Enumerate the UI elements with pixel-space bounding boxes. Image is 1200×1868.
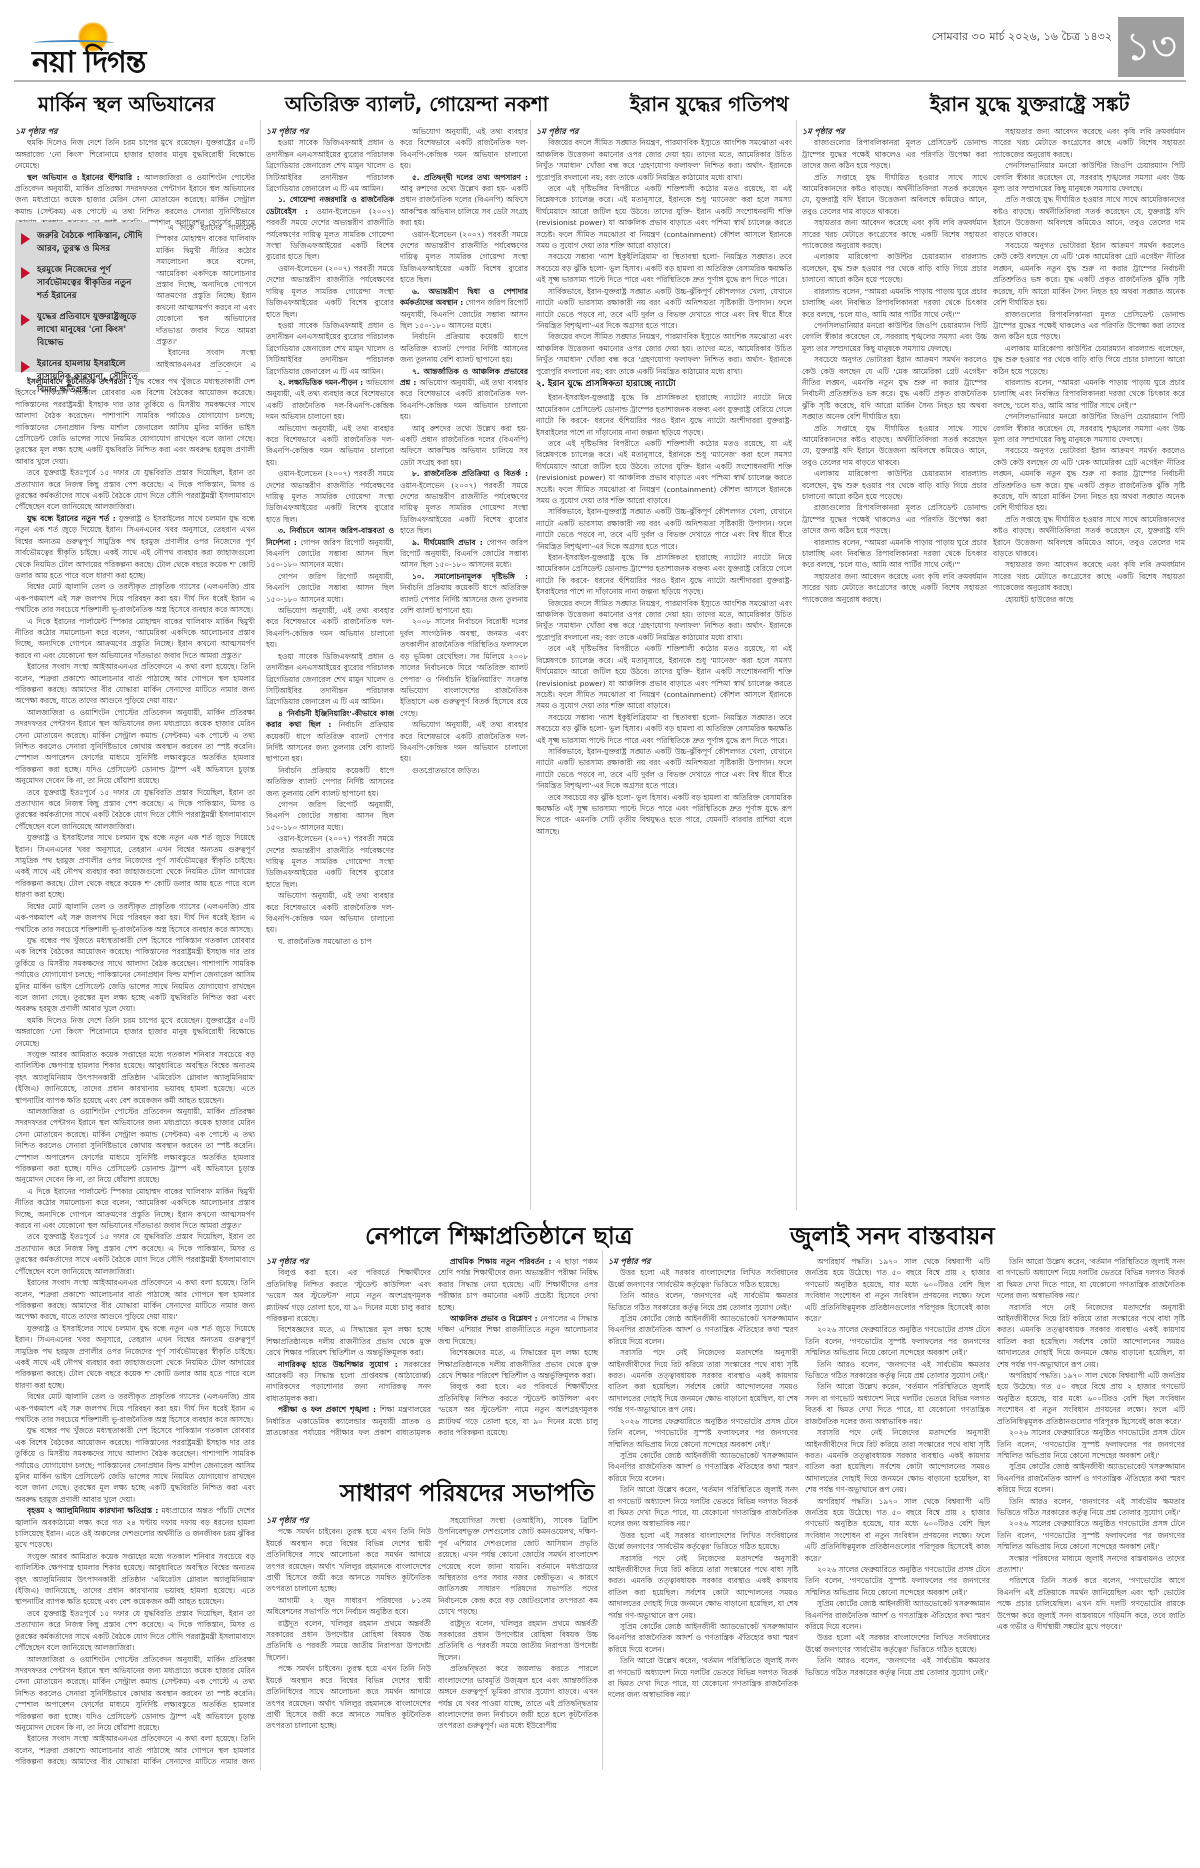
paragraph: তিনি আরো উল্লেখ করেন, 'বর্তমান পরিস্থিতি… — [608, 1484, 798, 1530]
section-subhead: ২. ইরান যুদ্ধে প্রাসঙ্গিকতা হারাচ্ছে ন্য… — [536, 379, 792, 390]
paragraph: পেনসিলভানিয়ার মনরো কাউন্টির জিওপি চেয়া… — [993, 411, 1185, 445]
list-item: ঘ. রাজনৈতিক সমঝোতা ও চাপ — [266, 936, 394, 947]
paragraph: হওয়া সাবেক ডিজিএফআই প্রধান ও তদানীন্তন … — [266, 651, 394, 708]
paragraph: বিশেষজ্ঞদের মতে, এ সিদ্ধান্তের মূল লক্ষ্… — [438, 1347, 598, 1381]
subheading: প্রাথমিক শিক্ষায় নতুন পরিবর্তন : — [450, 1257, 551, 1266]
paragraph: সুপ্রিম কোর্টের জ্যেষ্ঠ আইনজীবী অ্যাডভোক… — [608, 1450, 798, 1484]
paragraph: উত্তর হলো এই সরকার বাংলাদেশের লিখিত সংবি… — [805, 1632, 990, 1655]
paragraph: ৮. রাজনৈতিক প্রতিক্রিয়া ও বিতর্ক : ওয়া… — [400, 468, 528, 536]
paragraph: প্রতি সপ্তাহে যুদ্ধ দীর্ঘায়িত হওয়ার সা… — [802, 172, 987, 218]
paragraph: গোপন জরিপ রিপোর্ট অনুযায়ী, বিএনপি জোটের… — [266, 799, 394, 833]
column-divider — [796, 120, 797, 1210]
paragraph: ২০২৬ সালের ফেব্রুয়ারিতে অনুষ্ঠিত গণভোটে… — [608, 1416, 798, 1450]
continued-label: ১ম পৃষ্ঠার পর — [15, 126, 255, 137]
paragraph: ২০২৬ সালের ফেব্রুয়ারিতে অনুষ্ঠিত গণভোটে… — [805, 1324, 990, 1358]
paragraph: সরাসরি পদে নেই নিজেদের মতাদর্শের অনুসারী… — [608, 1347, 798, 1415]
article-ballot-col2: অভিযোগ অনুযায়ী, এই তথ্য ব্যবহার করে বিশ… — [400, 126, 528, 1206]
paragraph: ওয়ান-ইলেভেন (২০০৭) পরবর্তী সময়ে দেশের … — [400, 229, 528, 286]
paragraph: অভিযোগ অনুযায়ী, এই তথ্য ব্যবহার করে বিশ… — [266, 890, 394, 936]
paragraph: ৩. নির্বাচনে আসন জরিপ-বাস্তবতা ও নির্দেশ… — [266, 525, 394, 571]
paragraph: রাজ্যগুলোর রিপাবলিকানরা মূলত প্রেসিডেন্ট… — [802, 502, 987, 536]
red-triangle-icon — [21, 267, 30, 279]
paragraph: আগামী ২ জুন সাধারণ পরিষদের ৮১তম অধিবেশনে… — [266, 1595, 431, 1618]
paragraph: উত্তর হলো এই সরকার বাংলাদেশের লিখিত সংবি… — [608, 1530, 798, 1553]
paragraph: ২০২৬ সালের ফেব্রুয়ারিতে অনুষ্ঠিত গণভোটে… — [805, 1564, 990, 1598]
paragraph: বিজয়ের বদলে সীমিত সঙ্ঘাত নিয়ন্ত্রণ, পা… — [536, 137, 792, 183]
subheading: ৫. প্রতিদ্বন্দ্বী দলের তথ্য অপসারণ : — [412, 173, 528, 182]
paragraph: সহায়তার জন্য আবেদন করেছে এবং কৃষি লবি ক… — [993, 559, 1185, 593]
paragraph: তিনি আরো উল্লেখ করেন, 'বর্তমান পরিস্থিতি… — [805, 1381, 990, 1427]
paragraph: প্রতি সপ্তাহে যুদ্ধ দীর্ঘায়িত হওয়ার সা… — [993, 514, 1185, 560]
paragraph: পেনসিলভানিয়ার মনরো কাউন্টির জিওপি চেয়া… — [993, 160, 1185, 194]
newspaper-logo[interactable]: নয়া দিগন্ত — [16, 18, 206, 68]
paragraph: প্রতি সপ্তাহে যুদ্ধ দীর্ঘায়িত হওয়ার সা… — [993, 194, 1185, 240]
article-us-crisis-col1: ১ম পৃষ্ঠার পর রাজ্যগুলোর রিপাবলিকানরা মূ… — [802, 126, 987, 1206]
paragraph: তিনি আরও বলেন, 'জনগণের এই সার্বভৌম ক্ষমত… — [805, 1655, 990, 1678]
article-general-assembly-col1: ১ম পৃষ্ঠার পর পক্ষে সমর্থন চাইবেন। তুরস্… — [266, 1515, 431, 1770]
paragraph: তবে যুক্তরাষ্ট্র ইতঃপূর্বে ১৫ দফার যে যু… — [15, 1608, 255, 1654]
paragraph: ইরান-ইসরাইল-যুক্তরাষ্ট্র যুদ্ধে কি প্রাস… — [536, 392, 792, 438]
paragraph: পরিশেষে তিনি সতর্ক করে বলেন, 'গণভোটের আগ… — [997, 1575, 1185, 1632]
paragraph: ওয়ান-ইলেভেন (২০০৭) পরবর্তী সময়ে দেশের … — [266, 263, 394, 320]
paragraph: সহায়তার জন্য আবেদন করেছে এবং কৃষি লবি ক… — [802, 217, 987, 251]
headline-ballot[interactable]: অতিরিক্ত ব্যালট, গোয়েন্দা নকশা — [285, 90, 548, 123]
paragraph: ৬. অভ্যন্তরীণ দ্বিধা ও পেশাদার কর্মকর্তা… — [400, 286, 528, 332]
red-triangle-icon — [21, 314, 30, 326]
paragraph: সবচেয়ে অনুগত ভোটাররা ইরান আক্রমণ সমর্থন… — [993, 445, 1185, 513]
paragraph: বারল্যান্ড বলেন, "আমরা এমনকি পাড়ায় পাড… — [993, 377, 1185, 411]
paragraph: বিজয়ের বদলে সীমিত সঙ্ঘাত নিয়ন্ত্রণ, পা… — [536, 598, 792, 644]
headline-us-ground[interactable]: মার্কিন স্থল অভিযানের — [38, 90, 215, 123]
paragraph: হোয়াইট হাউজের কাছে — [993, 594, 1185, 605]
paragraph: সংযুক্ত আরব আমিরাত কয়েক সপ্তাহের মধ্যে … — [15, 1049, 255, 1106]
paragraph: বিশ্বের মোট জ্বালানি তেল ও তরলীকৃত প্রাক… — [15, 581, 255, 615]
paragraph: সুপ্রিম কোর্টের জ্যেষ্ঠ আইনজীবী অ্যাডভোক… — [608, 1621, 798, 1655]
paragraph: যুদ্ধ বন্ধের পথ খুঁজতে মধ্যস্থতাকারী দেশ… — [15, 935, 255, 1015]
paragraph: বিলুপ্ত করা হবে। এর পরিবর্তে শিক্ষার্থীদ… — [266, 1267, 431, 1324]
paragraph: অপরিহার্য পদ্ধতি। ১৯৭০ সাল থেকে বিশ্বব্য… — [805, 1496, 990, 1564]
paragraph: ইরান-ইসরাইল-যুক্তরাষ্ট্র যুদ্ধে কি প্রাস… — [536, 552, 792, 598]
paragraph: হুমকি দিলেও নিজ দেশে তিনি চরম চাপের মুখে… — [15, 137, 255, 171]
paragraph: এলাকায় মারিকোপা কাউন্টির চেয়ারম্যান বা… — [993, 343, 1185, 377]
paragraph: হওয়া সাবেক ডিজিএফআই প্রধান ও তদানীন্তন … — [266, 320, 394, 377]
paragraph: ইরানের সংবাদ সংস্থা আইআরএনএর প্রতিবেদনে … — [15, 1733, 255, 1766]
paragraph: প্রাথমিক শিক্ষায় নতুন পরিবর্তন : এ ছাড়… — [438, 1256, 598, 1313]
paragraph: গোপন জরিপ রিপোর্ট অনুযায়ী, বিএনপি জোটের… — [266, 571, 394, 605]
subheading: ২. লক্ষ্যভিত্তিক দমন-পীড়ন : — [278, 378, 363, 387]
paragraph: সরাসরি পদে নেই নিজেদের মতাদর্শের অনুসারী… — [997, 1302, 1185, 1370]
paragraph: তবে যুক্তরাষ্ট্র ইতঃপূর্বে ১৫ দফার যে যু… — [15, 1231, 255, 1277]
masthead: নয়া দিগন্ত সোমবার ৩০ মার্চ ২০২৬, ১৬ চৈত… — [0, 0, 1200, 82]
paragraph: রাজ্যগুলোর রিপাবলিকানরা মূলত প্রেসিডেন্ট… — [993, 309, 1185, 343]
paragraph: তবে এই দৃষ্টিভঙ্গির বিপরীতে একটি শক্তিশা… — [536, 183, 792, 251]
paragraph: ১০. সমালোচনামূলক দৃষ্টিভঙ্গি : নির্বাচনি… — [400, 571, 528, 617]
continued-label: ১ম পৃষ্ঠার পর — [608, 1256, 798, 1267]
paragraph: সুপ্রিম কোর্টের জ্যেষ্ঠ আইনজীবী অ্যাডভোক… — [608, 1313, 798, 1347]
paragraph: সংযুক্ত আরব আমিরাত কয়েক সপ্তাহের মধ্যে … — [15, 1551, 255, 1608]
headline-us-crisis[interactable]: ইরান যুদ্ধে যুক্তরাষ্ট্রে সঙ্কট — [930, 90, 1129, 123]
paragraph: এ দিকে ইরানের পার্লামেন্ট স্পিকার মোহাম্… — [156, 222, 256, 347]
paragraph: বিশেষজ্ঞদের মতে, এ সিদ্ধান্তের মূল লক্ষ্… — [266, 1324, 431, 1358]
red-triangle-icon — [21, 361, 30, 373]
red-triangle-icon — [21, 233, 30, 245]
paragraph: অপরিহার্য পদ্ধতি। ১৯৭০ সাল থেকে বিশ্বব্য… — [805, 1256, 990, 1324]
paragraph: নাগরিকত্ব হাতে উচ্চশিক্ষার সুযোগ : সরকার… — [266, 1359, 431, 1405]
paragraph: তবে সবচেয়ে বড় ঝুঁকি হলো- ভুল হিসাব। এক… — [536, 792, 792, 838]
paragraph: হওয়া সাবেক ডিজিএফআই প্রধান ও তদানীন্তন … — [266, 137, 394, 194]
article-nepal-col2: প্রাথমিক শিক্ষায় নতুন পরিবর্তন : এ ছাড়… — [438, 1256, 598, 1436]
paragraph: তিনি আরও বলেন, 'জনগণের এই সার্বভৌম ক্ষমত… — [997, 1496, 1185, 1519]
article-us-ground-top: ১ম পৃষ্ঠার পর হুমকি দিলেও নিজ দেশে তিনি … — [15, 126, 255, 226]
paragraph: অভিযোগ অনুযায়ী, এই তথ্য ব্যবহার করে বিশ… — [400, 719, 528, 765]
article-us-ground-body: ইসলামাবাদে কূটনৈতিক তৎপরতা : যুদ্ধ বন্ধে… — [15, 376, 255, 1766]
paragraph: পেনসিলভানিয়ার মনরো কাউন্টির জিওপি চেয়া… — [802, 320, 987, 354]
paragraph: তবে এই দৃষ্টিভঙ্গির বিপরীতে একটি শক্তিশা… — [536, 643, 792, 711]
continued-label: ১ম পৃষ্ঠার পর — [536, 126, 792, 137]
paragraph: পরীক্ষা ও ফল প্রকাশে শৃঙ্খলা : শিক্ষা মন… — [266, 1404, 431, 1436]
paragraph: অভিযোগ অনুযায়ী, এই তথ্য ব্যবহার করে বিশ… — [266, 423, 394, 469]
paragraph: আলজাজিরা ও ওয়াশিংটন পোস্টের প্রতিবেদন অ… — [15, 1106, 255, 1186]
paragraph: রাজ্যগুলোর রিপাবলিকানরা মূলত প্রেসিডেন্ট… — [802, 137, 987, 171]
paragraph: আলজাজিরা ও ওয়াশিংটন পোস্টের প্রতিবেদন অ… — [15, 1654, 255, 1734]
paragraph: বিশ্বের মোট জ্বালানি তেল ও তরলীকৃত প্রাক… — [15, 1391, 255, 1425]
paragraph: আঞ্চলিক প্রভাব ও বিশ্লেষণ : নেপালের এ সি… — [438, 1313, 598, 1347]
paragraph: বৃহত্তম ২ অ্যালুমিনিয়াম কারখানা ক্ষতিগ্… — [15, 1505, 255, 1551]
paragraph: ইরানের সংবাদ সংস্থা আইআরএনএর প্রতিবেদনে … — [15, 661, 255, 707]
paragraph: সবচেয়ে সম্ভাব্য 'ন্যাশ ইকুইলিব্রিয়াম' … — [536, 712, 792, 746]
paragraph: ২০২৬ সালের ফেব্রুয়ারিতে অনুষ্ঠিত গণভোটে… — [997, 1518, 1185, 1552]
paragraph: সার্বিকভাবে, ইরান-যুক্তরাষ্ট্র সঙ্ঘাত এক… — [536, 506, 792, 552]
paragraph: আলজাজিরা ও ওয়াশিংটন পোস্টের প্রতিবেদন অ… — [15, 707, 255, 787]
headline-july-charter[interactable]: জুলাই সনদ বাস্তবায়ন — [790, 1218, 995, 1258]
paragraph: সবচেয়ে অনুগত ভোটাররা ইরান আক্রমণ সমর্থন… — [802, 354, 987, 422]
paragraph: বারল্যান্ড বলেন, "আমরা এমনকি পাড়ায় পাড… — [802, 537, 987, 571]
paragraph: সহযোগিতা সংস্থা (ওআইসি), সাবেক ব্রিটিশ উ… — [438, 1515, 598, 1618]
article-nepal-col1: ১ম পৃষ্ঠার পর বিলুপ্ত করা হবে। এর পরিবর্… — [266, 1256, 431, 1436]
highlight-item[interactable]: যুদ্ধের প্রতিবাদে যুক্তরাষ্ট্রজুড়ে লাখো… — [21, 311, 144, 350]
subheading: বৃহত্তম ২ অ্যালুমিনিয়াম কারখানা ক্ষতিগ্… — [27, 1506, 158, 1515]
continued-label: ১ম পৃষ্ঠার পর — [266, 126, 394, 137]
paragraph: সুপ্রিম কোর্টের জ্যেষ্ঠ আইনজীবী অ্যাডভোক… — [805, 1598, 990, 1632]
paragraph: ২. লক্ষ্যভিত্তিক দমন-পীড়ন : অভিযোগ অনুয… — [266, 377, 394, 423]
dateline: সোমবার ৩০ মার্চ ২০২৬, ১৬ চৈত্র ১৪৩২ — [932, 28, 1112, 47]
paragraph: নির্বাচনি প্রক্রিয়ায় কয়েকটি ধাপে অতির… — [266, 765, 394, 799]
paragraph: স্থল অভিযান ও ইরানের হুঁশিয়ারি : আলজাজি… — [15, 172, 255, 226]
article-ballot-col1: ১ম পৃষ্ঠার পর হওয়া সাবেক ডিজিএফআই প্রধা… — [266, 126, 394, 1206]
paragraph: বিজয়ের বদলে সীমিত সঙ্ঘাত নিয়ন্ত্রণ, পা… — [536, 331, 792, 377]
paragraph: ওয়ান-ইলেভেন (২০০৭) পরবর্তী সময়ে দেশের … — [266, 833, 394, 890]
paragraph: তিনি আরো উল্লেখ করেন, 'বর্তমান পরিস্থিতি… — [997, 1256, 1185, 1302]
article-us-crisis-col2: সহায়তার জন্য আবেদন করেছে এবং কৃষি লবি ক… — [993, 126, 1185, 1206]
paragraph: প্রতিদ্বন্দ্বিতা করে জয়লাভ করতে পারলে ব… — [438, 1663, 598, 1731]
paragraph: যুদ্ধ বন্ধে ইরানের নতুন শর্ত : যুক্তরাষ্… — [15, 513, 255, 581]
paragraph: বিলুপ্ত করা হবে। এর পরিবর্তে শিক্ষার্থীদ… — [438, 1381, 598, 1436]
paragraph: এলাকায় মারিকোপা কাউন্টির চেয়ারম্যান বা… — [802, 251, 987, 285]
paragraph: ১. গোয়েন্দা নজরদারি ও রাজনৈতিক ডেটাবেইস… — [266, 194, 394, 262]
paragraph: ২০০৮ সালের নির্বাচনে বিরোধী দলের দুর্বল … — [400, 616, 528, 719]
article-us-ground-side: এ দিকে ইরানের পার্লামেন্ট স্পিকার মোহাম্… — [156, 222, 256, 372]
paragraph: সুপ্রিম কোর্টের জ্যেষ্ঠ আইনজীবী অ্যাডভোক… — [997, 1461, 1185, 1495]
subheading: ৮. রাজনৈতিক প্রতিক্রিয়া ও বিতর্ক : — [412, 469, 528, 478]
paragraph: ৪ 'নির্বাচনী ইঞ্জিনিয়ারিং'-কীভাবে কাজ ক… — [266, 708, 394, 765]
article-general-assembly-col2: সহযোগিতা সংস্থা (ওআইসি), সাবেক ব্রিটিশ উ… — [438, 1515, 598, 1770]
paragraph: গুতপ্রোতভাবে জড়িত। — [400, 765, 528, 776]
paragraph: সরাসরি পদে নেই নিজেদের মতাদর্শের অনুসারী… — [805, 1427, 990, 1495]
paragraph: সার্বিকভাবে, ইরান-যুক্তরাষ্ট্র সঙ্ঘাত এক… — [536, 746, 792, 792]
subheading: আঞ্চলিক প্রভাব ও বিশ্লেষণ : — [450, 1314, 538, 1323]
paragraph: রাষ্ট্রদূত বলেন, খলিলুর রহমান প্রথমে অন্… — [438, 1618, 598, 1664]
continued-label: ১ম পৃষ্ঠার পর — [266, 1515, 431, 1526]
paragraph: এলাকায় মারিকোপা কাউন্টির চেয়ারম্যান বা… — [802, 468, 987, 502]
paragraph: তবে যুক্তরাষ্ট্র ইতঃপূর্বে ১৫ দফার যে যু… — [15, 787, 255, 833]
paragraph: সহায়তার জন্য আবেদন করেছে এবং কৃষি লবি ক… — [993, 126, 1185, 160]
highlight-item[interactable]: হরমুজে নিজেদের পূর্ণ সার্বভৌমত্বের স্বীক… — [21, 264, 144, 303]
paragraph: ২০২৬ সালের ফেব্রুয়ারিতে অনুষ্ঠিত গণভোটে… — [997, 1427, 1185, 1461]
paragraph: সরাসরি পদে নেই নিজেদের মতাদর্শের অনুসারী… — [608, 1553, 798, 1621]
subheading: ১০. সমালোচনামূলক দৃষ্টিভঙ্গি : — [412, 572, 528, 581]
paragraph: প্রতি সপ্তাহে যুদ্ধ দীর্ঘায়িত হওয়ার সা… — [802, 423, 987, 469]
paragraph: তিনি আরো উল্লেখ করেন, 'বর্তমান পরিস্থিতি… — [608, 1655, 798, 1701]
paragraph: ইসলামাবাদে কূটনৈতিক তৎপরতা : যুদ্ধ বন্ধে… — [15, 376, 255, 467]
paragraph: ৭. আন্তর্জাতিক ও আঞ্চলিক প্রভাবের প্রশ্ন… — [400, 366, 528, 423]
paragraph: ইরানের সংবাদ সংস্থা আইআরএনএর প্রতিবেদনে … — [15, 1277, 255, 1323]
headline-general-assembly[interactable]: সাধারণ পরিষদের সভাপতি — [340, 1475, 595, 1515]
paragraph: সহায়তার জন্য আবেদন করেছে এবং কৃষি লবি ক… — [802, 571, 987, 605]
subheading: পরীক্ষা ও ফল প্রকাশে শৃঙ্খলা : — [278, 1405, 376, 1414]
paragraph: আবু রুশদের তথ্যে উল্লেখ করা হয়- একটি প্… — [400, 423, 528, 469]
paragraph: তবে এই দৃষ্টিভঙ্গির বিপরীতে একটি শক্তিশা… — [536, 438, 792, 506]
paragraph: বারল্যান্ড বলেন, "আমরা এমনকি পাড়ায় পাড… — [802, 286, 987, 320]
paragraph: ইরানের সংবাদ সংস্থা আইআরএনএর প্রতিবেদনে … — [156, 347, 256, 372]
paragraph: অভিযোগ অনুযায়ী, এই তথ্য ব্যবহার করে বিশ… — [266, 605, 394, 651]
paragraph: এ দিকে ইরানের পার্লামেন্ট স্পিকার মোহাম্… — [15, 1186, 255, 1232]
subheading: যুদ্ধ বন্ধে ইরানের নতুন শর্ত : — [27, 514, 116, 523]
subheading: ৯. দীর্ঘমেয়াদি প্রভাব : — [412, 538, 483, 547]
paragraph: সবচেয়ে সম্ভাব্য 'ন্যাশ ইকুইলিব্রিয়াম' … — [536, 251, 792, 285]
column-divider — [602, 1250, 603, 1770]
paragraph: পক্ষে সমর্থন চাইবেন। তুরস্ক হয়ে এখন তিন… — [266, 1663, 431, 1731]
highlights-box: জরুরি বৈঠকে পাকিস্তান, সৌদি আরব, তুরস্ক … — [15, 222, 150, 372]
paragraph: যুদ্ধ বন্ধের পথ খুঁজতে মধ্যস্থতাকারী দেশ… — [15, 1425, 255, 1505]
article-july-charter-col3: তিনি আরো উল্লেখ করেন, 'বর্তমান পরিস্থিতি… — [997, 1256, 1185, 1771]
paragraph: ৯. দীর্ঘমেয়াদি প্রভাব : গোপন জরিপ রিপোর… — [400, 537, 528, 571]
subheading: স্থল অভিযান ও ইরানের হুঁশিয়ারি : — [27, 173, 140, 182]
paragraph: অপরিহার্য পদ্ধতি। ১৯৭০ সাল থেকে বিশ্বব্য… — [997, 1370, 1185, 1427]
paragraph: এ দিকে ইরানের পার্লামেন্ট স্পিকার মোহাম্… — [15, 616, 255, 662]
paragraph: হুমকি দিলেও নিজ দেশে তিনি চরম চাপের মুখে… — [15, 1015, 255, 1049]
paragraph: তিনি আরও বলেন, 'জনগণের এই সার্বভৌম ক্ষমত… — [805, 1359, 990, 1382]
masthead-rule — [14, 80, 1186, 82]
subheading: ইসলামাবাদে কূটনৈতিক তৎপরতা : — [27, 377, 132, 386]
page-number-badge: ১৩ — [1118, 17, 1184, 77]
subheading: নাগরিকত্ব হাতে উচ্চশিক্ষার সুযোগ : — [278, 1360, 398, 1369]
paragraph: সার্বিকভাবে, ইরান-যুক্তরাষ্ট্র সঙ্ঘাত এক… — [536, 286, 792, 332]
article-iran-war-path: ১ম পৃষ্ঠার পর বিজয়ের বদলে সীমিত সঙ্ঘাত … — [536, 126, 792, 1206]
paragraph: পক্ষে সমর্থন চাইবেন। তুরস্ক হয়ে এখন তিন… — [266, 1526, 431, 1594]
paragraph: ওয়ান-ইলেভেন (২০০৭) পরবর্তী সময়ে দেশের … — [266, 468, 394, 525]
paragraph: তিনি আরও বলেন, 'জনগণের এই সার্বভৌম ক্ষমত… — [608, 1290, 798, 1313]
continued-label: ১ম পৃষ্ঠার পর — [266, 1256, 431, 1267]
headline-iran-war-path[interactable]: ইরান যুদ্ধের গতিপথ — [630, 90, 789, 123]
paragraph: যুক্তরাষ্ট্র ও ইসরাইলের সাথে চলমান যুদ্ধ… — [15, 1323, 255, 1391]
paragraph: বিশ্বের মোট জ্বালানি তেল ও তরলীকৃত প্রাক… — [15, 901, 255, 935]
paragraph: ৫. প্রতিদ্বন্দ্বী দলের তথ্য অপসারণ : আবু… — [400, 172, 528, 229]
paragraph: সংস্কার পরিষদের মাধ্যমে জুলাই সনদের বাস্… — [997, 1553, 1185, 1576]
paragraph: তবে যুক্তরাষ্ট্র ইতঃপূর্বে ১৫ দফার যে যু… — [15, 467, 255, 513]
paragraph: রাষ্ট্রদূত বলেন, খলিলুর রহমান প্রথমে অন্… — [266, 1618, 431, 1664]
highlight-item[interactable]: জরুরি বৈঠকে পাকিস্তান, সৌদি আরব, তুরস্ক … — [21, 230, 144, 256]
paragraph: অভিযোগ অনুযায়ী, এই তথ্য ব্যবহার করে বিশ… — [400, 126, 528, 172]
paragraph: সবচেয়ে অনুগত ভোটাররা ইরান আক্রমণ সমর্থন… — [993, 240, 1185, 308]
column-divider — [260, 120, 261, 1770]
paragraph: উত্তর হলো এই সরকার বাংলাদেশের লিখিত সংবি… — [608, 1267, 798, 1290]
column-divider — [530, 120, 531, 1210]
paragraph: যুক্তরাষ্ট্র ও ইসরাইলের সাথে চলমান যুদ্ধ… — [15, 832, 255, 900]
continued-label: ১ম পৃষ্ঠার পর — [802, 126, 987, 137]
article-july-charter-col2: অপরিহার্য পদ্ধতি। ১৯৭০ সাল থেকে বিশ্বব্য… — [805, 1256, 990, 1771]
headline-nepal[interactable]: নেপালে শিক্ষাপ্রতিষ্ঠানে ছাত্র — [365, 1218, 633, 1258]
paragraph: নির্বাচনি প্রক্রিয়ায় কয়েকটি ধাপে অতির… — [400, 331, 528, 365]
article-july-charter-col1: ১ম পৃষ্ঠার পর উত্তর হলো এই সরকার বাংলাদে… — [608, 1256, 798, 1771]
